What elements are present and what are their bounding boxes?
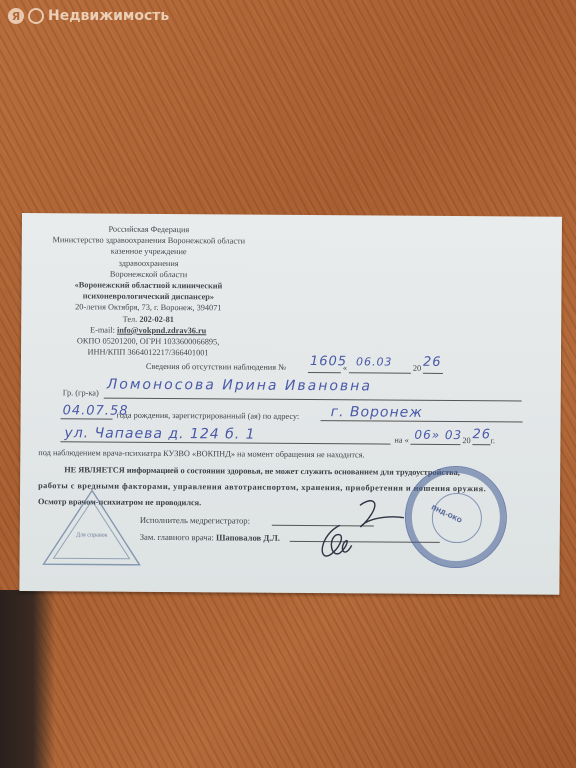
document-title: Сведения об отсутствии наблюдения № bbox=[146, 362, 286, 372]
handwritten-citizen-name: Ломоносова Ирина Ивановна bbox=[107, 377, 372, 395]
on-year-underline bbox=[472, 444, 490, 445]
header-line: Министерство здравоохранения Воронежской… bbox=[34, 234, 264, 247]
deputy-name: Шаповалов Д.Л. bbox=[216, 532, 280, 542]
deputy-label: Зам. главного врача: bbox=[140, 532, 214, 543]
background-shadow bbox=[0, 590, 55, 768]
year-prefix: 20 bbox=[413, 364, 421, 373]
on-year-suffix: г. bbox=[490, 436, 495, 445]
title-text: Сведения об отсутствии наблюдения № bbox=[146, 362, 286, 372]
birth-label: года рождения, зарегистрированный (ая) п… bbox=[117, 411, 300, 421]
citizen-underline bbox=[104, 398, 522, 402]
inn-line: ИНН/КПП 3664012217/366401001 bbox=[33, 346, 263, 359]
certificate-document: Российская Федерация Министерство здраво… bbox=[19, 213, 562, 595]
triangle-stamp-icon: Для справок bbox=[42, 488, 143, 569]
watermark-logo: Я Недвижимость bbox=[8, 8, 169, 24]
round-seal-stamp: ПНД-ОКО bbox=[405, 466, 508, 569]
notice-line-1: НЕ ЯВЛЯЕТСЯ информацией о состоянии здор… bbox=[64, 465, 460, 477]
handwritten-date: 06.03 bbox=[356, 355, 393, 368]
year-underline bbox=[423, 373, 443, 374]
email-link[interactable]: info@vokpnd.zdrav36.ru bbox=[117, 325, 206, 335]
phone-value: 202-02-81 bbox=[139, 314, 174, 323]
signature-icon bbox=[300, 495, 410, 566]
phone-label: Тел. bbox=[123, 314, 138, 323]
svg-text:Для справок: Для справок bbox=[76, 532, 108, 538]
watermark-brand: Недвижимость bbox=[48, 8, 169, 24]
handwritten-address-city: г. Воронеж bbox=[331, 404, 423, 421]
date-quote: « bbox=[343, 363, 347, 372]
handwritten-number: 1605 bbox=[310, 354, 347, 369]
notice-text: информацией о состоянии здоровья, не мож… bbox=[125, 466, 460, 477]
issuer-header: Российская Федерация Министерство здраво… bbox=[33, 223, 264, 359]
notice-emphasis: НЕ ЯВЛЯЕТСЯ bbox=[64, 465, 125, 474]
on-year-prefix: 20 bbox=[462, 436, 470, 445]
email-label: E-mail: bbox=[90, 325, 115, 334]
ring-logo-icon bbox=[28, 8, 44, 24]
deputy-line: Зам. главного врача: Шаповалов Д.Л. bbox=[140, 532, 280, 543]
executor-label: Исполнитель медрегистратор: bbox=[140, 515, 250, 526]
yandex-logo-icon: Я bbox=[8, 8, 24, 24]
handwritten-address-street: ул. Чапаева д. 124 б. 1 bbox=[64, 425, 255, 442]
on-date-label: на « bbox=[394, 436, 408, 445]
citizen-label: Гр. (гр-ка) bbox=[63, 388, 99, 397]
handwritten-on-date: 06» 03 bbox=[414, 428, 462, 442]
handwritten-on-year: 26 bbox=[472, 427, 491, 442]
number-underline bbox=[308, 372, 341, 373]
on-date-underline bbox=[410, 444, 460, 445]
date-underline bbox=[349, 372, 411, 373]
handwritten-year: 26 bbox=[423, 355, 442, 370]
observation-statement: под наблюдением врача-психиатра КУЗВО «В… bbox=[38, 448, 364, 459]
